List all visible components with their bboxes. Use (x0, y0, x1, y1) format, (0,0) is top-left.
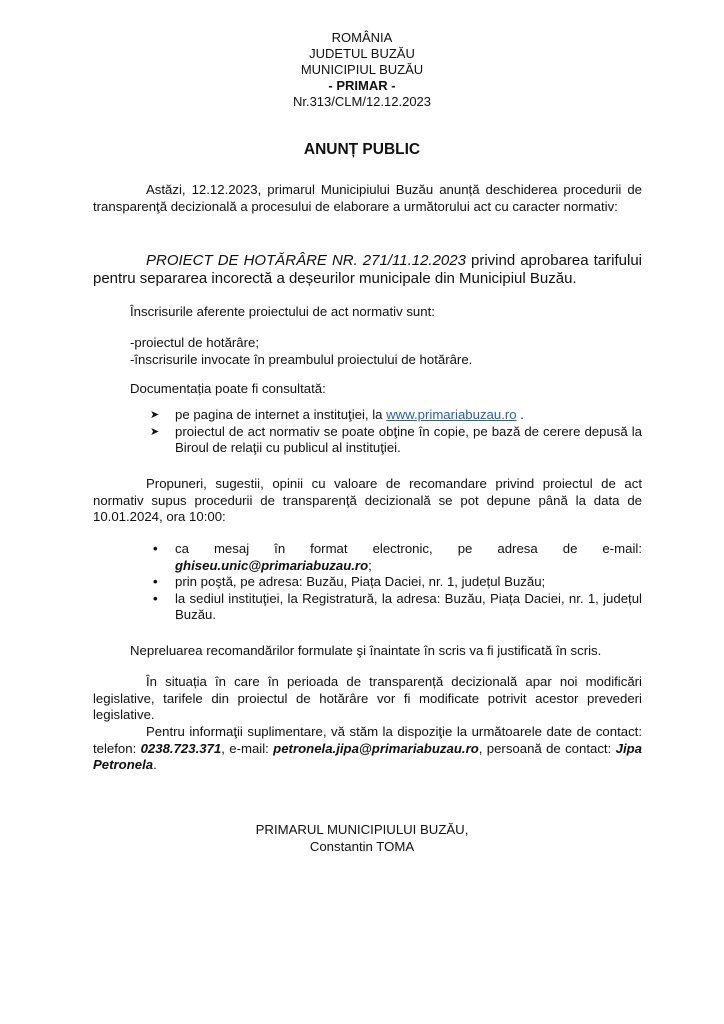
consult-item-web: ➤ pe pagina de internet a instituţiei, l… (150, 407, 642, 424)
documents-heading: Înscrisurile aferente proiectului de act… (130, 304, 642, 321)
documents-list: -proiectul de hotărâre; -înscrisurile in… (130, 335, 642, 368)
bullet-icon: • (153, 574, 158, 591)
header-reference: Nr.313/CLM/12.12.2023 (0, 94, 724, 110)
contact-paragraph: Pentru informaţii suplimentare, vă stăm … (93, 724, 642, 774)
signature-name: Constantin TOMA (0, 839, 724, 856)
submission-list: • ca mesaj în format electronic, pe adre… (150, 541, 642, 624)
consult-list: ➤ pe pagina de internet a instituţiei, l… (150, 407, 642, 457)
submission-item-registry: • la sediul instituţiei, la Registratură… (150, 591, 642, 624)
contact-phone[interactable]: 0238.723.371 (141, 741, 222, 756)
arrow-bullet-icon: ➤ (150, 407, 159, 424)
document-page: ROMÂNIA JUDETUL BUZĂU MUNICIPIUL BUZĂU -… (0, 0, 724, 1024)
contact-email[interactable]: petronela.jipa@primariabuzau.ro (273, 741, 479, 756)
document-item: -proiectul de hotărâre; (130, 335, 642, 352)
arrow-bullet-icon: ➤ (150, 424, 159, 441)
header-office: - PRIMAR - (0, 78, 724, 94)
proposals-paragraph: Propuneri, sugestii, opinii cu valoare d… (93, 476, 642, 526)
submission-item-post: • prin poştă, pe adresa: Buzău, Piața Da… (150, 574, 642, 591)
signature-role: PRIMARUL MUNICIPIULUI BUZĂU, (0, 822, 724, 839)
website-link[interactable]: www.primariabuzau.ro (386, 407, 516, 422)
intro-paragraph: Astăzi, 12.12.2023, primarul Municipiulu… (93, 182, 642, 215)
page-title: ANUNȚ PUBLIC (0, 142, 724, 159)
header-county: JUDETUL BUZĂU (0, 46, 724, 62)
signature-block: PRIMARUL MUNICIPIULUI BUZĂU, Constantin … (0, 822, 724, 855)
consult-heading: Documentația poate fi consultată: (130, 381, 642, 398)
project-paragraph: PROIECT DE HOTĂRÂRE NR. 271/11.12.2023 p… (93, 252, 642, 288)
bullet-icon: • (153, 591, 158, 608)
non-acceptance-paragraph: Nepreluarea recomandărilor formulate şi … (130, 643, 642, 660)
submission-item-email: • ca mesaj în format electronic, pe adre… (150, 541, 642, 574)
document-header: ROMÂNIA JUDETUL BUZĂU MUNICIPIUL BUZĂU -… (0, 30, 724, 110)
project-name: PROIECT DE HOTĂRÂRE NR. 271/11.12.2023 (146, 252, 466, 269)
header-municipality: MUNICIPIUL BUZĂU (0, 62, 724, 78)
bullet-icon: • (153, 541, 158, 558)
consult-item-copy: ➤ proiectul de act normativ se poate obţ… (150, 424, 642, 457)
submission-email[interactable]: ghiseu.unic@primariabuzau.ro (175, 558, 368, 573)
header-country: ROMÂNIA (0, 30, 724, 46)
legislative-changes-paragraph: În situația în care în perioada de trans… (93, 674, 642, 724)
document-item: -înscrisurile invocate în preambulul pro… (130, 352, 642, 369)
